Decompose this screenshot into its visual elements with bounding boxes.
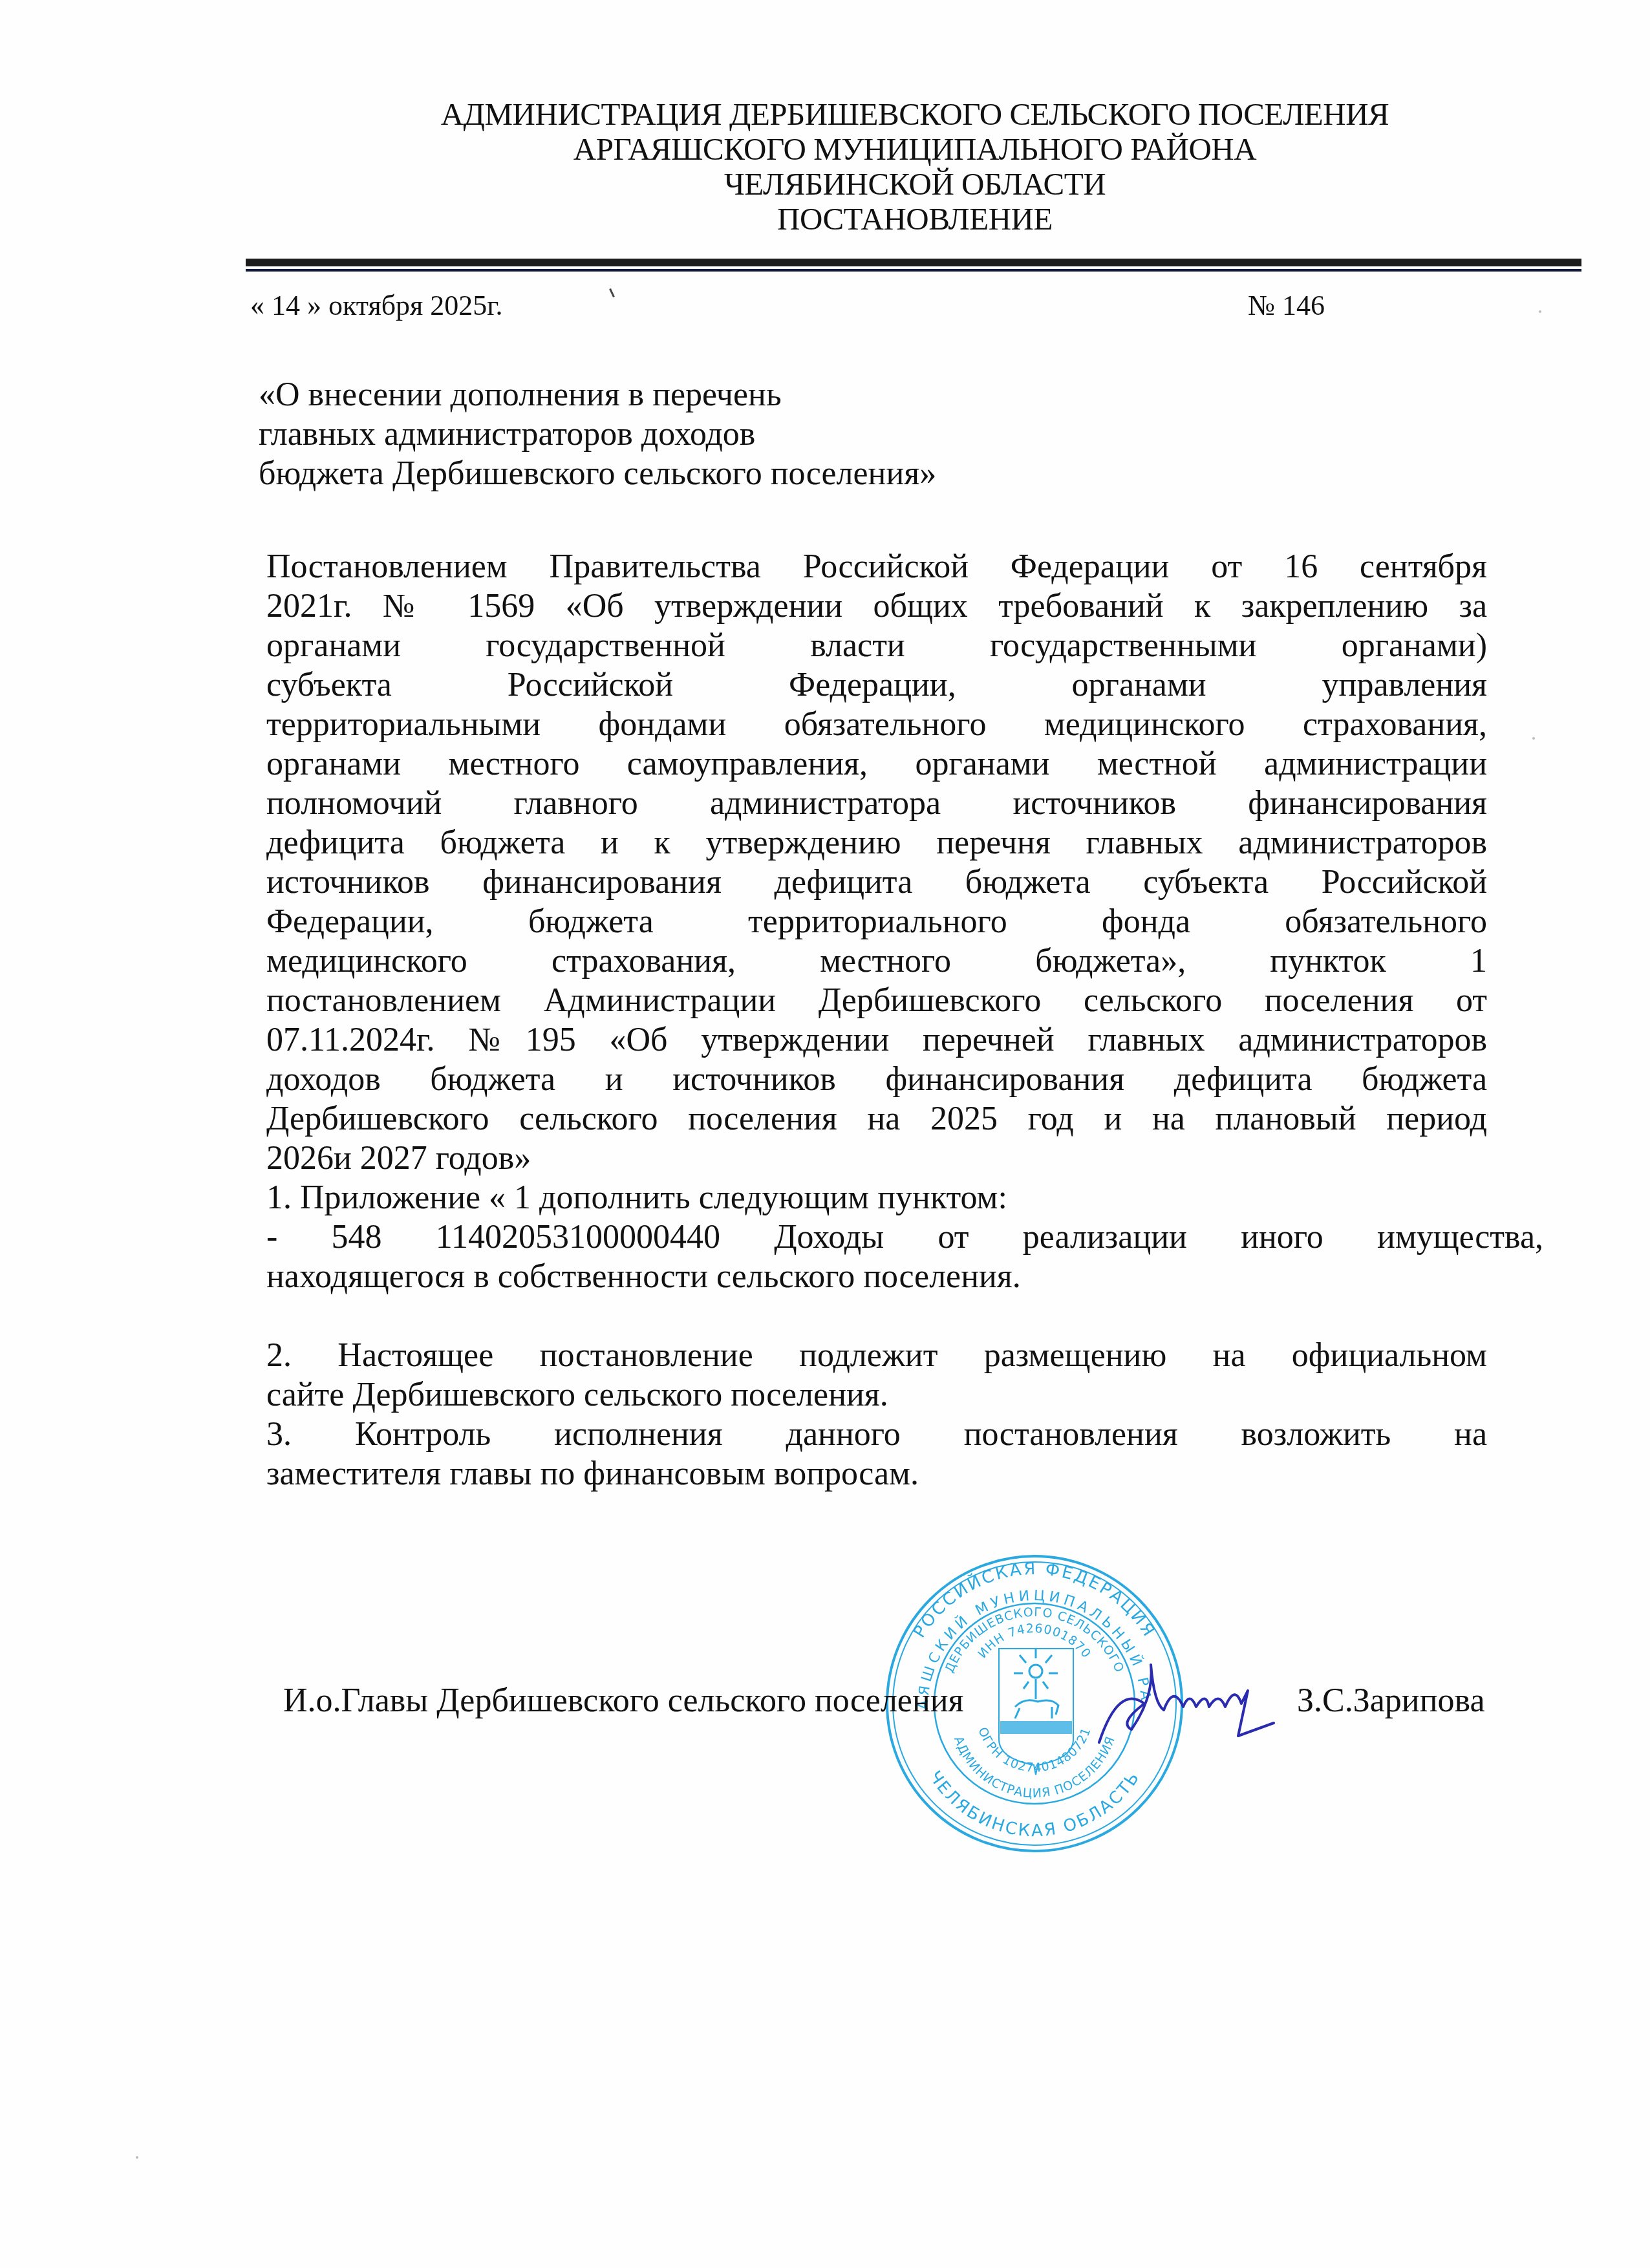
preamble-line: Федерации, бюджета территориального фонд…: [266, 902, 1487, 941]
preamble-line: источников финансирования дефицита бюдже…: [266, 862, 1487, 902]
preamble-line: полномочий главного администратора источ…: [266, 784, 1487, 823]
item-1-intro: 1. Приложение « 1 дополнить следующим пу…: [266, 1178, 1487, 1217]
item-3-line: заместителя главы по финансовым вопросам…: [266, 1454, 1487, 1493]
spacer: [266, 1296, 1487, 1336]
preamble-line: постановлением Администрации Дербишевско…: [266, 981, 1487, 1020]
preamble-line: Постановлением Правительства Российской …: [266, 547, 1487, 586]
preamble-line: субъекта Российской Федерации, органами …: [266, 665, 1487, 705]
document-body: Постановлением Правительства Российской …: [266, 547, 1487, 1493]
preamble-line: территориальными фондами обязательного м…: [266, 705, 1487, 744]
signatory-name: З.С.Зарипова: [1297, 1681, 1484, 1720]
item-3-line: 3. Контроль исполнения данного постановл…: [266, 1415, 1487, 1454]
item-1-entry-line: находящегося в собственности сельского п…: [266, 1257, 1487, 1296]
preamble-last-line: 2026и 2027 годов»: [266, 1139, 1487, 1178]
scan-speck: [136, 2156, 138, 2159]
header-rule-thin: [246, 269, 1581, 272]
item-2-line: сайте Дербишевского сельского поселения.: [266, 1375, 1487, 1415]
subject-line: «О внесении дополнения в перечень: [259, 375, 936, 414]
subject-line: бюджета Дербишевского сельского поселени…: [259, 454, 936, 493]
preamble-line: дефицита бюджета и к утверждению перечня…: [266, 823, 1487, 862]
preamble-line: органами государственной власти государс…: [266, 626, 1487, 665]
document-date: « 14 » октября 2025г.: [250, 290, 502, 322]
preamble-line: медицинского страхования, местного бюдже…: [266, 941, 1487, 981]
header-rule-thick: [246, 259, 1581, 266]
header-line-district: АРГАЯШСКОГО МУНИЦИПАЛЬНОГО РАЙОНА: [246, 132, 1584, 167]
header-line-region: ЧЕЛЯБИНСКОЙ ОБЛАСТИ: [246, 167, 1584, 202]
item-2-line: 2. Настоящее постановление подлежит разм…: [266, 1336, 1487, 1375]
document-page: АДМИНИСТРАЦИЯ ДЕРБИШЕВСКОГО СЕЛЬСКОГО ПО…: [0, 0, 1650, 2268]
item-1-entry-line: - 548 11402053100000440 Доходы от реализ…: [266, 1217, 1543, 1257]
header-line-doc-type: ПОСТАНОВЛЕНИЕ: [246, 202, 1584, 237]
preamble-line: 07.11.2024г. №195 «Об утверждении перечн…: [266, 1020, 1487, 1060]
subject-line: главных администраторов доходов: [259, 414, 936, 454]
document-header: АДМИНИСТРАЦИЯ ДЕРБИШЕВСКОГО СЕЛЬСКОГО ПО…: [246, 97, 1584, 237]
scan-speck: [1532, 737, 1535, 740]
preamble-line: органами местного самоуправления, органа…: [266, 744, 1487, 784]
preamble-line: 2021г. № 1569 «Об утверждении общих треб…: [266, 586, 1487, 626]
scan-speck: [1539, 310, 1541, 313]
signatory-position: И.о.Главы Дербишевского сельского поселе…: [283, 1681, 964, 1720]
preamble-line: Дербишевского сельского поселения на 202…: [266, 1099, 1487, 1139]
document-subject: «О внесении дополнения в перечень главны…: [259, 375, 936, 493]
preamble-line: доходов бюджета и источников финансирова…: [266, 1060, 1487, 1099]
document-number: № 146: [1248, 290, 1325, 322]
handwritten-signature-icon: [1093, 1645, 1287, 1762]
scan-mark: [609, 288, 615, 297]
header-line-administration: АДМИНИСТРАЦИЯ ДЕРБИШЕВСКОГО СЕЛЬСКОГО ПО…: [246, 97, 1584, 132]
